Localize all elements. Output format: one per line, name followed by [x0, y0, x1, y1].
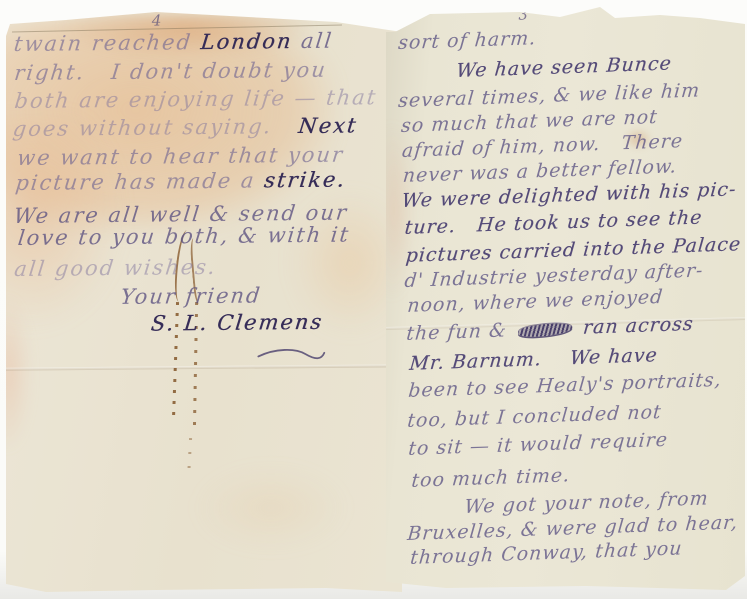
handwritten-line: to sit — it would require — [407, 429, 669, 460]
signature-flourish — [255, 345, 327, 364]
letter-closing: Your friend — [119, 283, 263, 309]
handwritten-line: Bruxelles, & were glad to hear, — [406, 511, 739, 545]
handwritten-line: picture has made a strike. — [14, 168, 347, 195]
handwritten-line: the fun & ran across — [405, 313, 694, 345]
letter-photograph: 4 twain reached London all right. I don'… — [0, 0, 747, 599]
handwritten-line: sort of harm. — [397, 27, 537, 54]
page-number: 4 — [152, 11, 162, 29]
handwritten-line: all good wishes. — [13, 255, 218, 281]
letter-page-right: 3 sort of harm. We have seen Bunce sever… — [386, 6, 745, 590]
signature: S. L. Clemens — [150, 310, 325, 336]
handwritten-line: both are enjoying life — that — [13, 85, 378, 113]
handwritten-line: we want to hear that your — [16, 143, 346, 170]
left-page-text: 4 twain reached London all right. I don'… — [6, 4, 408, 592]
handwritten-line: too, but I concluded not — [406, 401, 662, 432]
handwritten-line: right. I don't doubt you — [13, 58, 328, 85]
handwritten-line: love to you both, & with it — [17, 222, 352, 250]
handwritten-line: twain reached London all — [13, 29, 335, 56]
handwritten-line: goes without saying. Next — [12, 113, 359, 141]
page-number: 3 — [518, 5, 528, 23]
handwritten-line: Mr. Barnum. We have — [408, 344, 658, 375]
inked-out-word — [518, 321, 572, 339]
right-page-text: 3 sort of harm. We have seen Bunce sever… — [385, 0, 747, 590]
handwritten-line: been to see Healy's portraits, — [407, 369, 722, 402]
handwritten-line: too much time. — [411, 464, 572, 492]
letter-page-left: 4 twain reached London all right. I don'… — [6, 8, 402, 592]
handwritten-line: ture. He took us to see the — [404, 206, 704, 238]
handwritten-line: We have seen Bunce — [455, 52, 672, 82]
